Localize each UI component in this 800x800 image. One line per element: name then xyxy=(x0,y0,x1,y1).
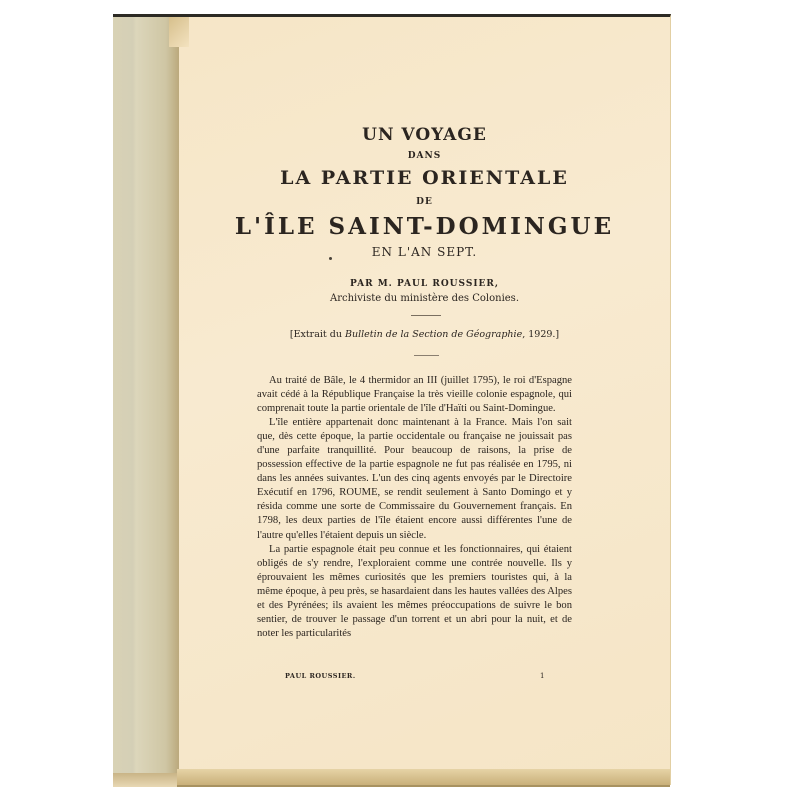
paragraph: La partie espagnole était peu connue et … xyxy=(257,543,572,641)
paragraph: L'île entière appartenait donc maintenan… xyxy=(257,416,572,542)
extract-note: [Extrait du Bulletin de la Section de Gé… xyxy=(179,329,670,340)
paragraph: Au traité de Bâle, le 4 thermidor an III… xyxy=(257,374,572,416)
author-line: PAR M. PAUL ROUSSIER, xyxy=(179,279,670,289)
page-corner-fold xyxy=(169,17,189,47)
author-affiliation: Archiviste du ministère des Colonies. xyxy=(179,293,670,304)
title-line-1: UN VOYAGE xyxy=(179,125,670,145)
page-bottom-edge xyxy=(177,769,670,787)
extract-suffix: , 1929.] xyxy=(522,329,559,340)
title-connector-dans: DANS xyxy=(179,151,670,161)
document-page: UN VOYAGE DANS LA PARTIE ORIENTALE DE L'… xyxy=(179,14,671,785)
page-number: 1 xyxy=(540,672,544,680)
title-line-3: L'ÎLE SAINT-DOMINGUE xyxy=(179,213,670,240)
back-cover xyxy=(113,14,179,787)
cover-bottom-edge xyxy=(113,773,179,787)
divider-rule-2 xyxy=(414,355,439,356)
title-line-2: LA PARTIE ORIENTALE xyxy=(179,167,670,189)
footer-author: PAUL ROUSSIER. xyxy=(285,672,356,680)
title-line-4: EN L'AN SEPT. xyxy=(179,245,670,259)
title-connector-de: DE xyxy=(179,197,670,207)
divider-rule xyxy=(411,315,441,316)
body-text: Au traité de Bâle, le 4 thermidor an III… xyxy=(257,374,572,641)
extract-source: Bulletin de la Section de Géographie xyxy=(345,329,522,340)
ink-speck xyxy=(329,257,332,260)
extract-prefix: [Extrait du xyxy=(290,329,345,340)
